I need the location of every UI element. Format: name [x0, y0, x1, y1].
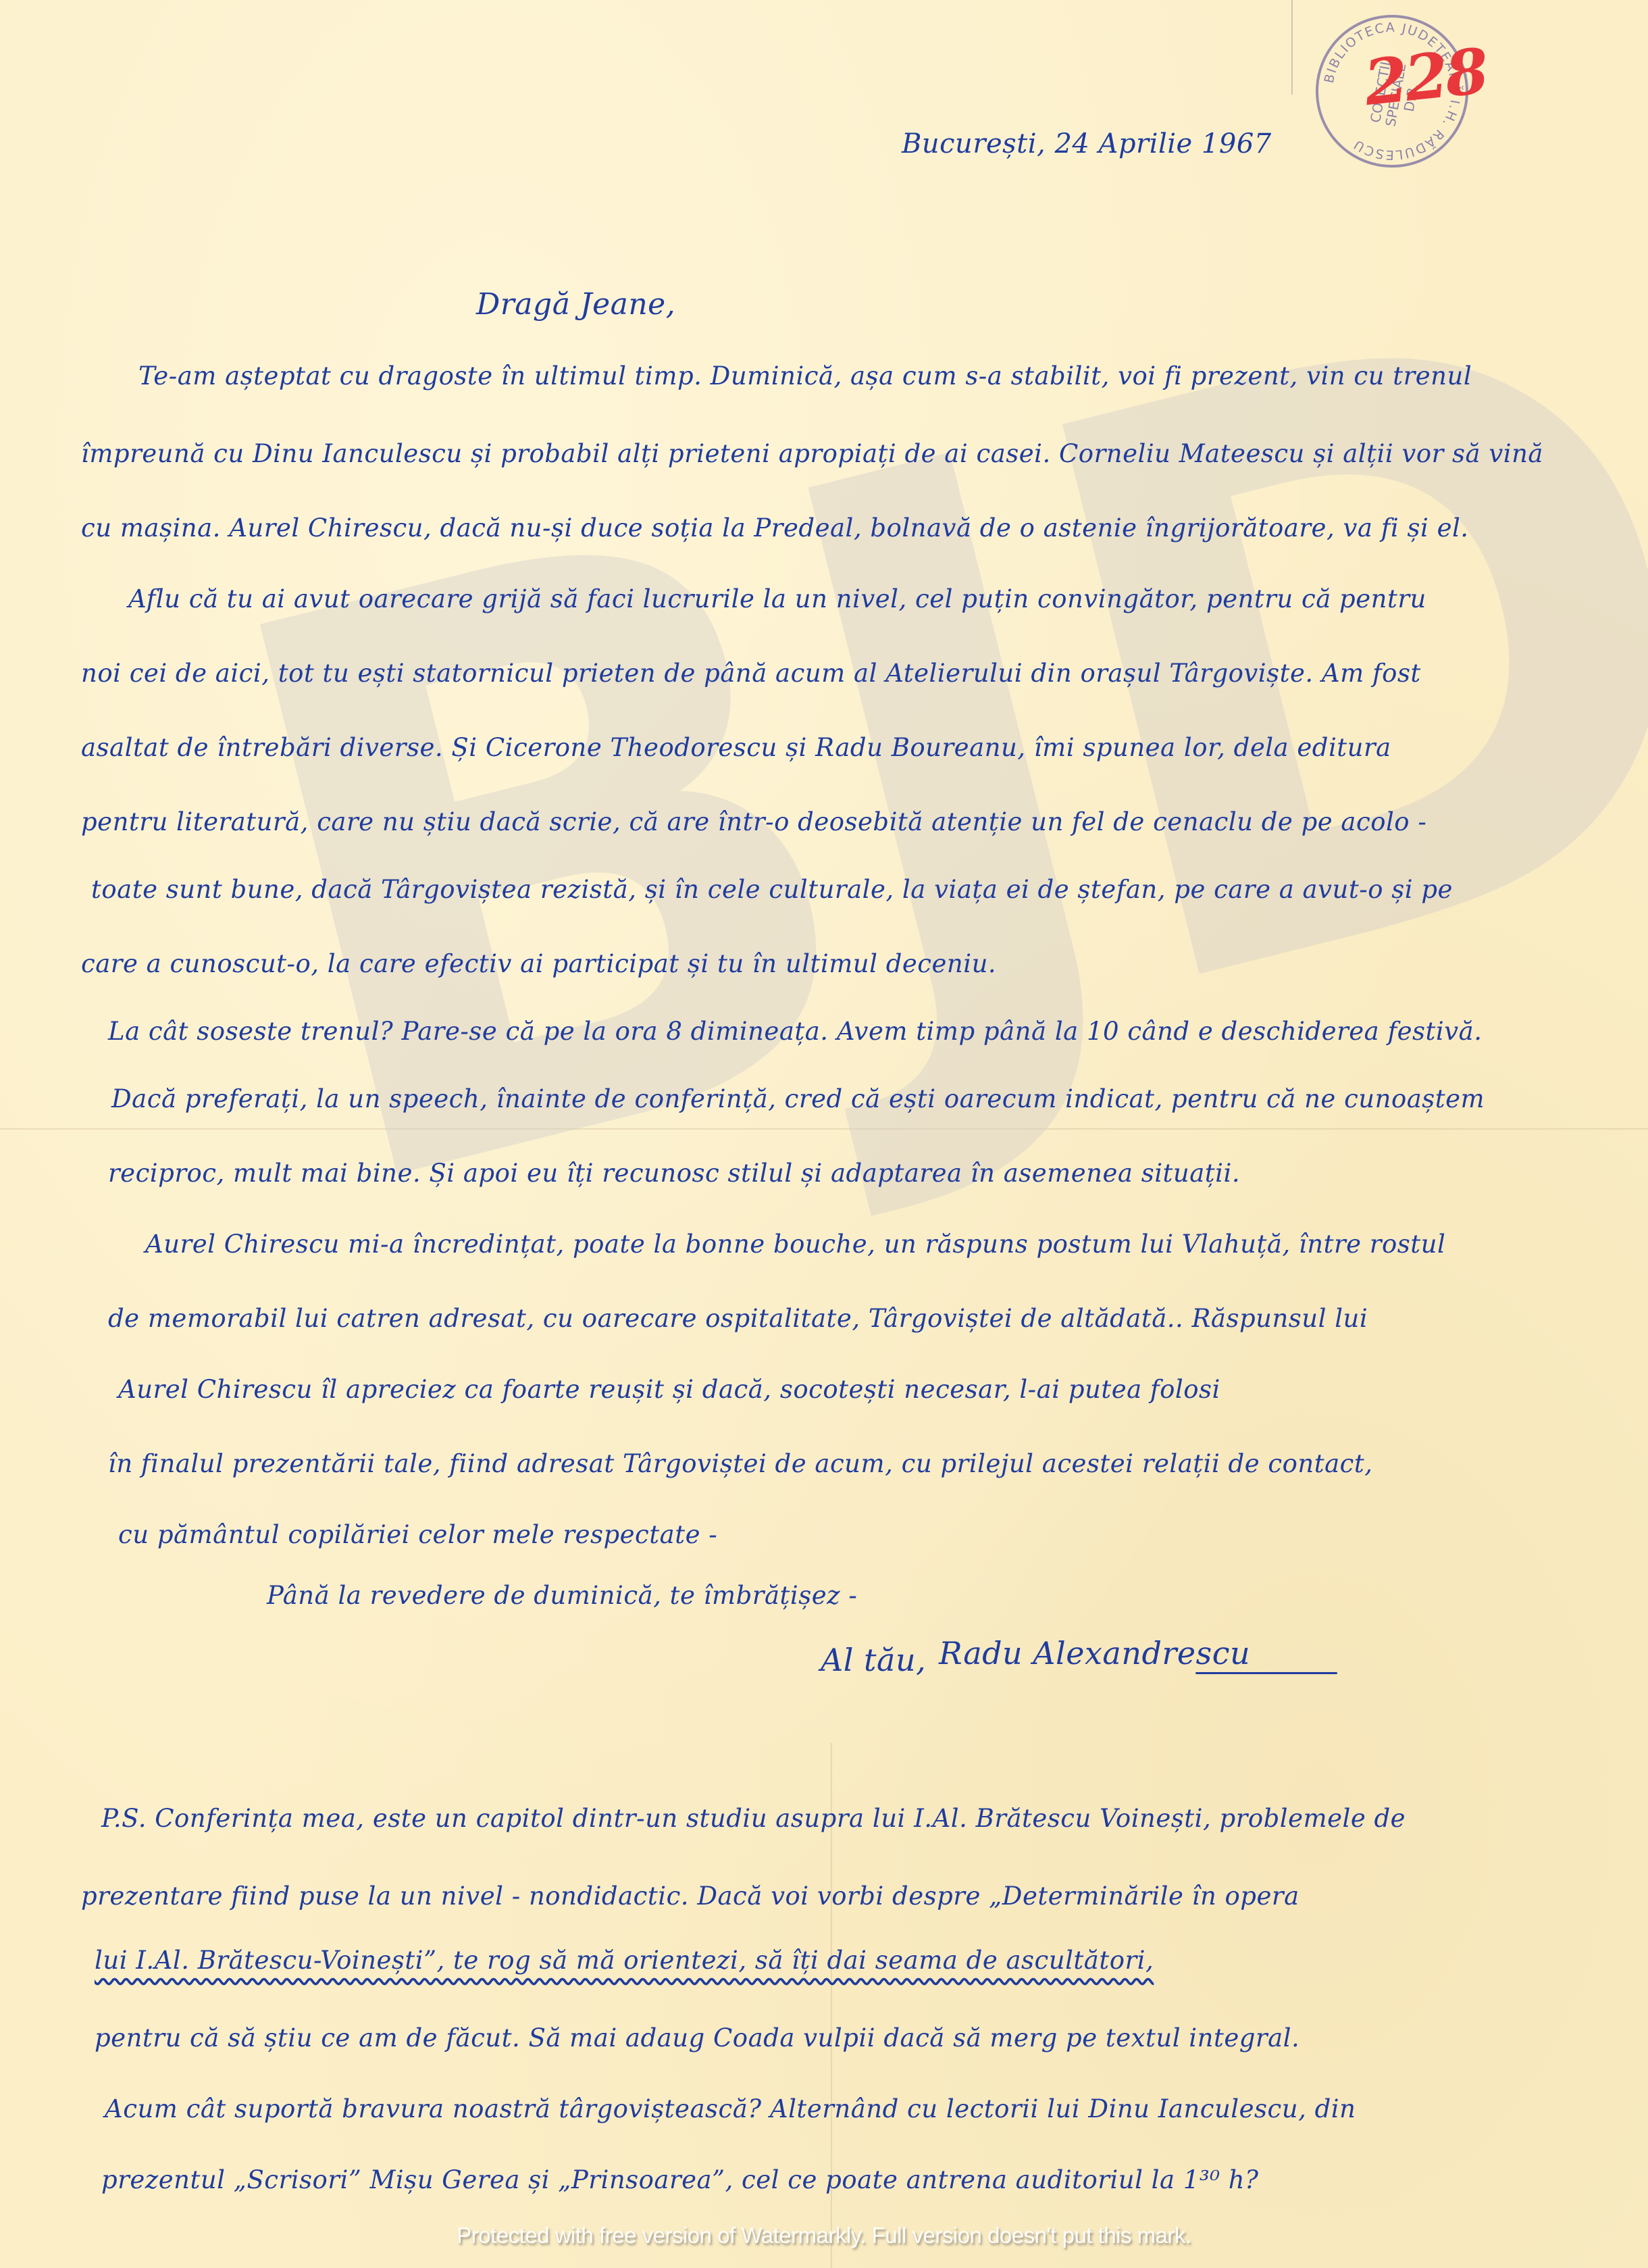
letter-line: pentru literatură, care nu știu dacă scr…: [81, 807, 1426, 836]
postscript-line: prezentul „Scrisori” Mișu Gerea și „Prin…: [101, 2165, 1258, 2194]
signature-prefix: Al tău,: [821, 1642, 926, 1678]
horizontal-fold-line: [0, 1128, 1648, 1130]
postscript-line: pentru că să știu ce am de făcut. Să mai…: [95, 2023, 1299, 2052]
closing-line: Până la revedere de duminică, te îmbrăți…: [267, 1581, 857, 1610]
postscript-line: prezentare fiind puse la un nivel - nond…: [81, 1882, 1299, 1911]
signature-name: Radu Alexandrescu: [939, 1635, 1250, 1671]
postscript-line-underlined: lui I.Al. Brătescu-Voinești”, te rog să …: [95, 1946, 1154, 1975]
letter-line: în finalul prezentării tale, fiind adres…: [108, 1449, 1373, 1478]
place-date: București, 24 Aprilie 1967: [902, 128, 1272, 159]
letter-line: Te-am așteptat cu dragoste în ultimul ti…: [138, 361, 1472, 390]
letter-page: BJDB BIBLIOTECA JUDEȚEANĂ I.H. RĂDULESCU…: [0, 0, 1648, 2268]
letter-line: cu mașina. Aurel Chirescu, dacă nu-și du…: [81, 513, 1469, 543]
letter-line: Dacă preferați, la un speech, înainte de…: [111, 1084, 1485, 1113]
archive-number: 228: [1361, 34, 1489, 120]
footer-watermark: Protected with free version of Watermark…: [0, 2223, 1648, 2248]
top-margin-mark: [1291, 0, 1293, 95]
postscript-line: Acum cât suportă bravura noastră târgovi…: [105, 2094, 1356, 2123]
letter-line: toate sunt bune, dacă Târgoviștea rezist…: [91, 875, 1453, 904]
signature-flourish: [1195, 1672, 1337, 1674]
letter-line: de memorabil lui catren adresat, cu oare…: [108, 1304, 1368, 1333]
letter-line: Aurel Chirescu îl apreciez ca foarte reu…: [118, 1375, 1220, 1404]
letter-line: care a cunoscut-o, la care efectiv ai pa…: [81, 949, 996, 978]
letter-line: La cât soseste trenul? Pare-se că pe la …: [108, 1017, 1482, 1046]
postscript-line: P.S. Conferința mea, este un capitol din…: [101, 1804, 1406, 1833]
letter-line: Aflu că tu ai avut oarecare grijă să fac…: [128, 584, 1426, 613]
salutation: Dragă Jeane,: [476, 287, 675, 322]
letter-line: reciproc, mult mai bine. Și apoi eu îți …: [108, 1159, 1240, 1188]
letter-line: asaltat de întrebări diverse. Și Ciceron…: [81, 733, 1391, 762]
letter-line: Aurel Chirescu mi-a încredințat, poate l…: [145, 1230, 1445, 1259]
letter-line: cu pământul copilăriei celor mele respec…: [118, 1520, 717, 1549]
letter-line: împreună cu Dinu Ianculescu și probabil …: [81, 439, 1543, 468]
letter-line: noi cei de aici, tot tu ești statornicul…: [81, 659, 1421, 688]
